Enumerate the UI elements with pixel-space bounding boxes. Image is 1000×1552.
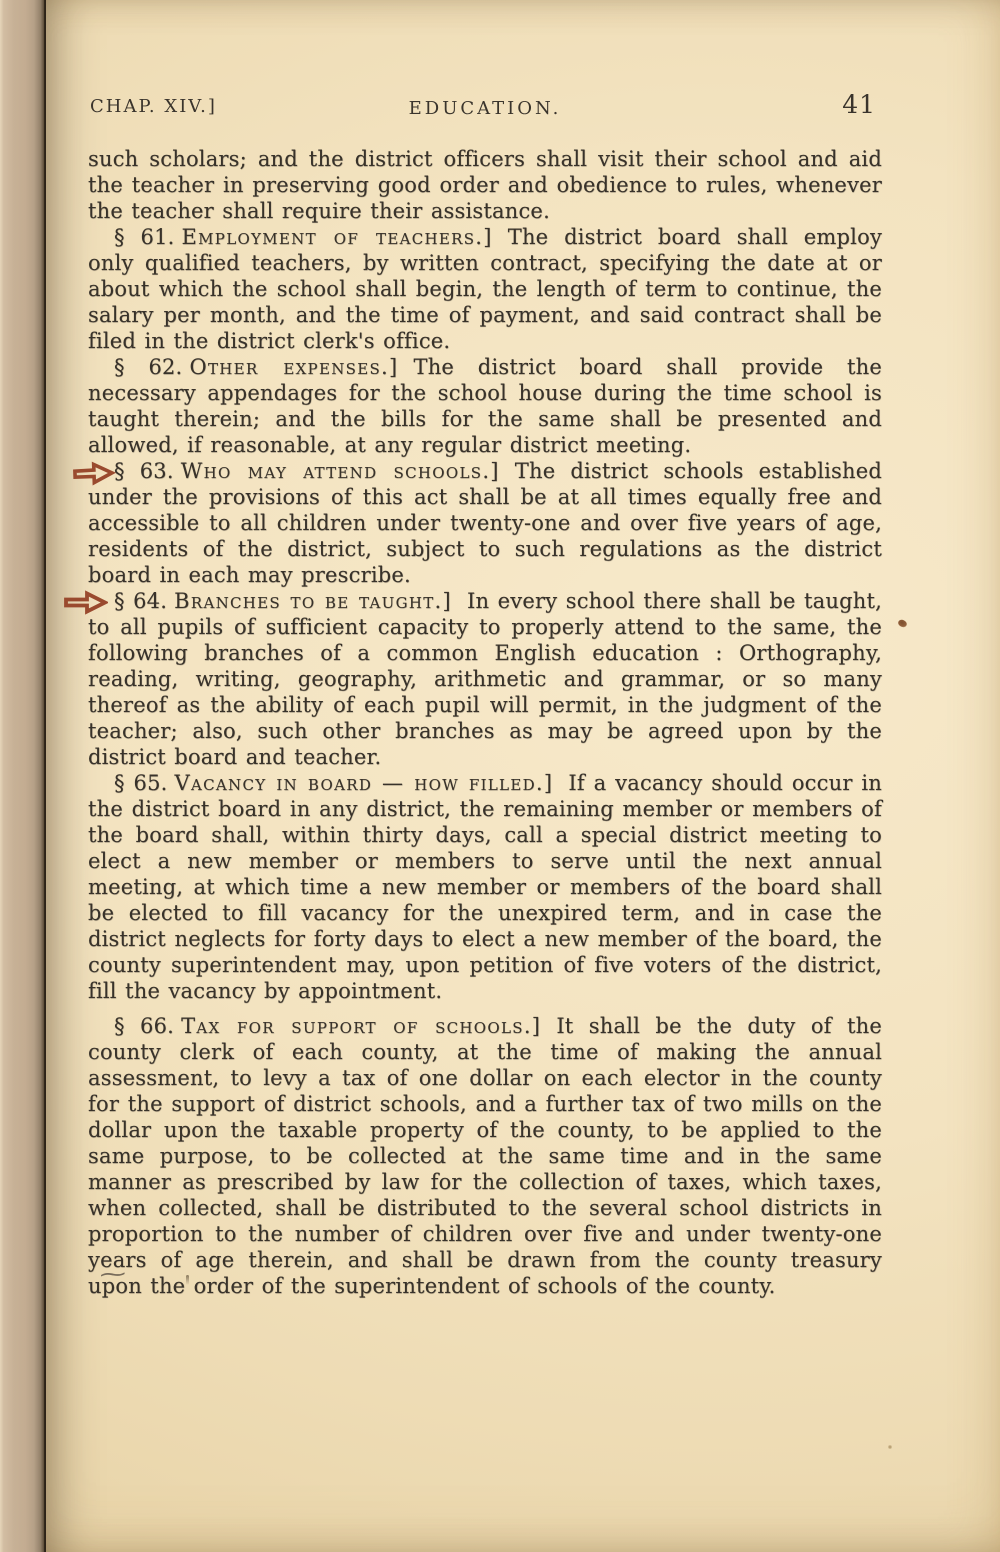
section-63: § 63.Who may attend schools.]The distric… bbox=[88, 458, 882, 588]
section-number: § 64. bbox=[114, 589, 167, 613]
section-title: Who may attend schools.] bbox=[181, 459, 500, 483]
body-text: such scholars; and the district officers… bbox=[88, 146, 882, 1299]
section-title: Branches to be taught.] bbox=[174, 589, 452, 613]
adjacent-page-edge bbox=[0, 0, 46, 1552]
section-66: § 66.Tax for support of schools.]It shal… bbox=[88, 1013, 882, 1299]
pen-squiggle-mark: ~ bbox=[96, 1262, 130, 1287]
section-65: § 65.Vacancy in board — how filled.]If a… bbox=[88, 770, 882, 1004]
margin-arrow-icon bbox=[72, 459, 117, 488]
intro-text: such scholars; and the district officers… bbox=[88, 147, 882, 223]
margin-arrow-icon bbox=[64, 589, 108, 616]
ink-stain-speck bbox=[897, 618, 908, 628]
section-64: § 64.Branches to be taught.]In every sch… bbox=[88, 588, 882, 770]
section-title: Other expenses.] bbox=[189, 355, 398, 379]
page-title: EDUCATION. bbox=[88, 98, 882, 119]
section-body: If a vacancy should occur in the distric… bbox=[88, 771, 882, 1003]
section-number: § 61. bbox=[114, 225, 175, 249]
section-number: § 63. bbox=[114, 459, 174, 483]
page-number: 41 bbox=[842, 90, 876, 119]
section-62: § 62.Other expenses.]The district board … bbox=[88, 354, 882, 458]
section-body: It shall be the duty of the county clerk… bbox=[88, 1014, 882, 1298]
section-number: § 62. bbox=[114, 355, 182, 379]
section-body: In every school there shall be taught, t… bbox=[88, 589, 882, 769]
section-61: § 61.Employment of teachers.]The distric… bbox=[88, 224, 882, 354]
book-page-scan: CHAP. XIV.] EDUCATION. 41 such scholars;… bbox=[0, 0, 1000, 1552]
paper-speck bbox=[888, 1445, 892, 1449]
section-number: § 65. bbox=[114, 771, 168, 795]
paragraph-continuation: such scholars; and the district officers… bbox=[88, 146, 882, 224]
section-title: Tax for support of schools.] bbox=[181, 1014, 541, 1038]
running-header: CHAP. XIV.] EDUCATION. 41 bbox=[88, 90, 882, 124]
section-number: § 66. bbox=[114, 1014, 174, 1038]
section-title: Employment of teachers.] bbox=[182, 225, 493, 249]
section-title: Vacancy in board — how filled.] bbox=[175, 771, 554, 795]
